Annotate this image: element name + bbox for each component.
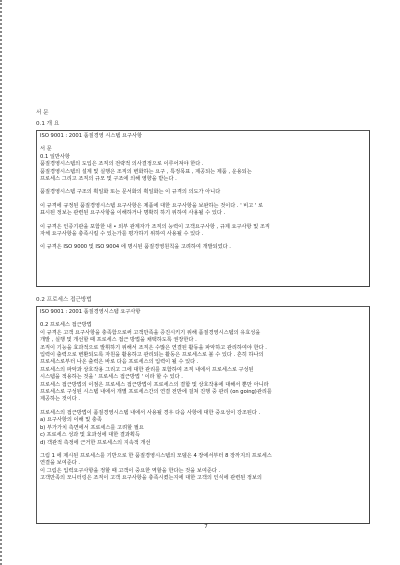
text-line: 개발 , 실행 및 개선할 때 프로세스 접근 방법을 채택하도록 권장한다 . (40, 337, 366, 344)
text-line: 자체 요구사항을 충족시킬 수 있는가를 평가하기 위하여 사용될 수 있다 . (40, 231, 366, 238)
text-line: 프로세스 그리고 조직의 규모 및 구조에 의해 영향을 받는다 . (40, 176, 366, 183)
box-title: ISO 9001 : 2001 품질경영시스템 요구사항 (40, 309, 366, 316)
text-line: 시스템을 적용하는 것을 ' 프로세스 접근방법 ' 이라 할 수 있다 . (40, 374, 366, 381)
text-line: 이 규격은 ISO 9000 및 ISO 9004 에 명시된 품질경영원칙을 … (40, 244, 366, 251)
text-line: 조직이 기능을 효과적으로 발휘하기 위해서 조직은 수많은 연결된 활동을 파… (40, 345, 366, 352)
text-line: 프로세스로 구성된 시스템 내에서 개별 프로세스간의 연결 전반에 걸쳐 진행… (40, 389, 366, 396)
list-item: a) 요구사항의 이해 및 충족 (40, 417, 366, 424)
section-0-2-box: ISO 9001 : 2001 품질경영시스템 요구사항 0.2 프로세스 접근… (36, 306, 370, 524)
section-0-1-box: ISO 9001 : 2001 품질경영 시스템 요구사항 서 문 0.1 일반… (36, 130, 370, 287)
text-line: 품질경영시스템의 도입은 조직의 전략적 의사결정으로 이루어져야 한다 . (40, 161, 366, 168)
preface-heading: 서 문 (36, 110, 49, 117)
paragraph: 그림 1 에 제시된 프로세스를 기반으로 한 품질경영시스템의 모델은 4 장… (40, 453, 366, 483)
section-0-1-heading: 0.1 개 요 (36, 121, 59, 128)
text-line: 품질경영시스템 구조의 획일화 또는 문서화의 획일화는 이 규격의 의도가 아… (40, 189, 366, 196)
paragraph: 품질경영시스템의 도입은 조직의 전략적 의사결정으로 이루어져야 한다 . 품… (40, 161, 366, 183)
text-line: 이 규격은 인증기관을 포함한 내 • 외부 관계자가 조직의 능력이 고객요구… (40, 224, 366, 231)
text-line: 프로세스 접근방법의 이점은 프로세스 접근방법이 프로세스의 결합 및 상호작… (40, 382, 366, 389)
sub-heading: 서 문 (40, 146, 366, 153)
text-line: 품질경영시스템의 설계 및 실행은 조직의 변화하는 요구 , 특정목표 , 제… (40, 169, 366, 176)
list-item: c) 프로세스 성과 및 효과성에 대한 결과획득 (40, 432, 366, 439)
text-line: 그림 1 에 제시된 프로세스를 기반으로 한 품질경영시스템의 모델은 4 장… (40, 453, 366, 460)
paragraph: 이 규격은 인증기관을 포함한 내 • 외부 관계자가 조직의 능력이 고객요구… (40, 224, 366, 239)
paragraph: 품질경영시스템 구조의 획일화 또는 문서화의 획일화는 이 규격의 의도가 아… (40, 189, 366, 196)
paragraph: 이 규격에 규정된 품질경영시스템 요구사항은 제품에 대한 요구사항을 보완하… (40, 203, 366, 218)
list-item: b) 부가가치 측면에서 프로세스를 고려할 필요 (40, 425, 366, 432)
text-line: 이 그림은 입력요구사항을 정할 때 고객이 중요한 역할을 한다는 것을 보여… (40, 468, 366, 475)
section-0-2-heading: 0.2 프로세스 접근방법 (36, 297, 92, 304)
paragraph: 이 규격은 고객 요구사항을 충족함으로써 고객만족을 증진시키기 위해 품질경… (40, 330, 366, 404)
text-line: 프로세스로부터 나온 출력은 바로 다음 프로세스의 입력이 될 수 있다 . (40, 359, 366, 366)
text-line: 연결을 보여준다 . (40, 460, 366, 467)
paragraph: 이 규격은 ISO 9000 및 ISO 9004 에 명시된 품질경영원칙을 … (40, 244, 366, 251)
box-title: ISO 9001 : 2001 품질경영 시스템 요구사항 (40, 133, 366, 140)
list-item: d) 객관적 측정에 근거한 프로세스의 지속적 개선 (40, 440, 366, 447)
paragraph: 프로세스의 접근방법이 품질경영시스템 내에서 사용될 경우 다음 사항에 대한… (40, 410, 366, 447)
page-number: 7 (36, 524, 376, 531)
text-line: 고객만족의 모니터링은 조직이 고객 요구사항을 충족시켰는지에 대한 고객의 … (40, 475, 366, 482)
text-line: 제공하는 것이다 . (40, 396, 366, 403)
page-left-edge (0, 0, 4, 565)
sub-title: 0.2 프로세스 접근방법 (40, 322, 366, 329)
text-line: 표시된 정보는 관련된 요구사항을 이해하거나 명확히 하기 위하여 사용될 수… (40, 210, 366, 217)
